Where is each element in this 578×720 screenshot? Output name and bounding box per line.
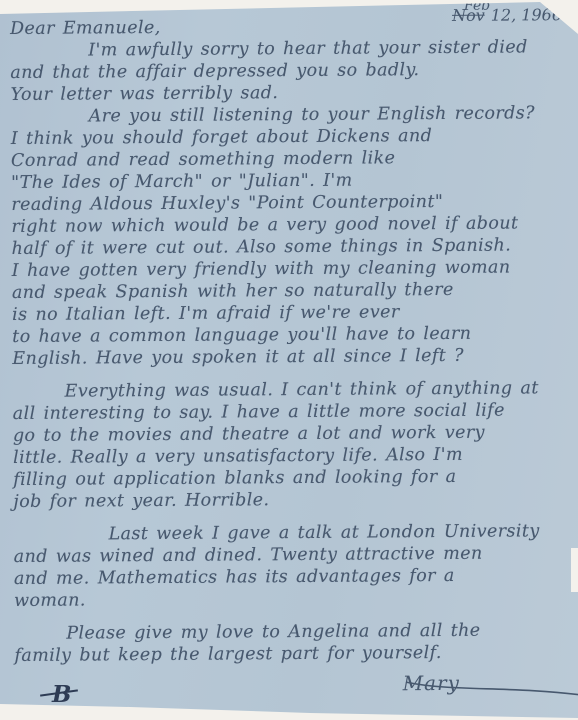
date-correction-stack: NovFeb	[452, 6, 485, 25]
letter-line: I have gotten very friendly with my clea…	[12, 256, 578, 282]
signature: Mary	[403, 671, 460, 695]
letter-body: Dear Emanuele,I'm awfully sorry to hear …	[10, 14, 578, 667]
letter-line: Last week I gave a talk at London Univer…	[14, 520, 578, 546]
letter-line: job for next year. Horrible.	[13, 487, 578, 513]
letter-line: I'm awfully sorry to hear that your sist…	[10, 36, 578, 62]
signature-row: Mary	[15, 671, 578, 697]
letter-paper: NovFeb12, 1966 Dear Emanuele,I'm awfully…	[0, 0, 578, 720]
letter-line: Are you still listening to your English …	[11, 102, 578, 128]
letter-line: English. Have you spoken it at all since…	[12, 344, 578, 370]
letter-date: NovFeb12, 1966	[452, 4, 562, 27]
initial-mark: B	[52, 681, 71, 708]
letter-line: woman.	[14, 586, 578, 612]
letter-line: family but keep the largest part for you…	[14, 641, 578, 667]
date-day-year: 12, 1966	[491, 5, 562, 24]
letter-text-layer: NovFeb12, 1966 Dear Emanuele,I'm awfully…	[10, 14, 578, 697]
letter-line: all interesting to say. I have a little …	[13, 399, 578, 425]
date-corrected-month: Feb	[464, 0, 490, 17]
scan-edge-artifact	[571, 548, 578, 592]
